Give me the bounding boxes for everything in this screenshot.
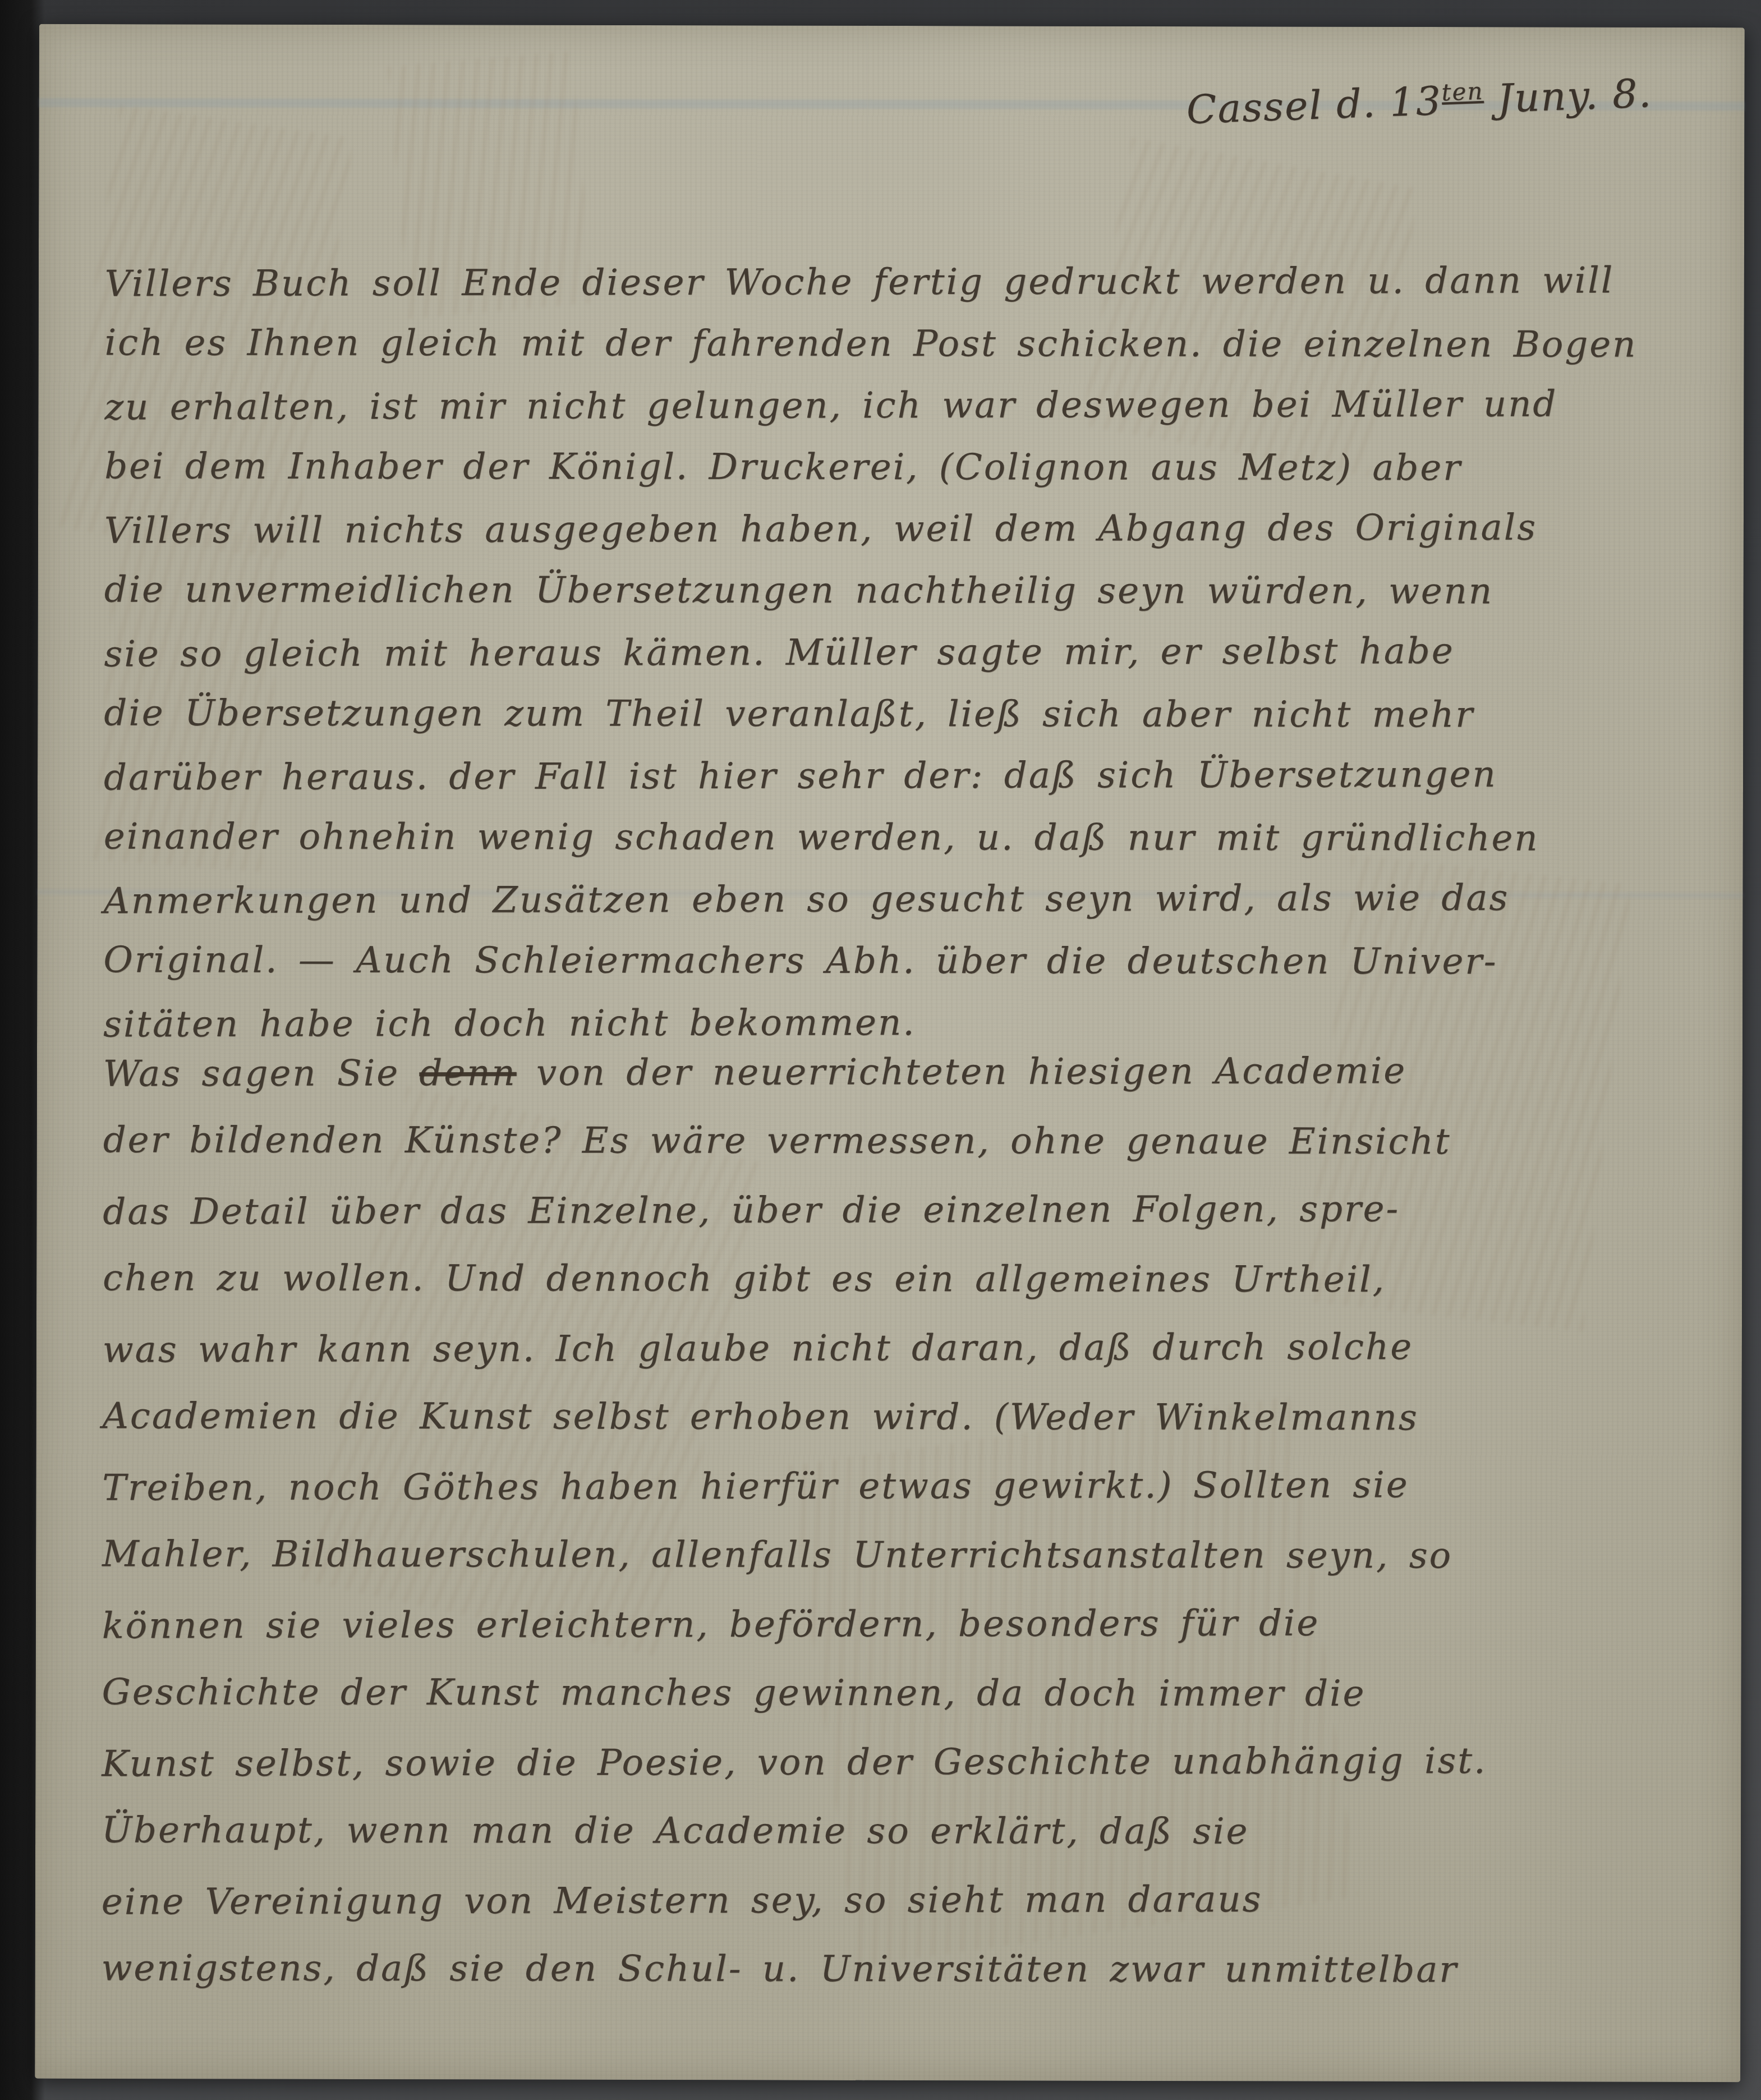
handwriting-line: sie so gleich mit heraus kämen. Müller s… [104, 630, 1731, 696]
letter-page: Cassel d. 13ten Juny. 8. Villers Buch so… [35, 24, 1745, 2082]
letter-paragraph-1: Villers Buch soll Ende dieser Woche fert… [103, 260, 1732, 1065]
handwriting-line: Anmerkungen und Zusätzen eben so gesucht… [103, 877, 1730, 943]
handwriting-line: Kunst selbst, sowie die Poesie, von der … [102, 1740, 1751, 1813]
handwriting-line: was wahr kann seyn. Ich glaube nicht dar… [103, 1326, 1752, 1399]
dateline-place-day: Cassel d. 13 [1185, 78, 1442, 133]
handwriting-line: der bildenden Künste? Es wäre vermessen,… [103, 1119, 1753, 1191]
handwriting-line: chen zu wollen. Und dennoch gibt es ein … [103, 1257, 1752, 1329]
handwriting-line: Original. — Auch Schleiermachers Abh. üb… [103, 939, 1730, 1003]
handwriting-line: ich es Ihnen gleich mit der fahrenden Po… [105, 322, 1732, 386]
scanner-background: Cassel d. 13ten Juny. 8. Villers Buch so… [0, 0, 1761, 2100]
handwriting-line: bei dem Inhaber der Königl. Druckerei, (… [104, 445, 1731, 509]
handwriting-line: darüber heraus. der Fall ist hier sehr d… [104, 753, 1731, 819]
handwriting-line: die unvermeidlichen Übersetzungen nachth… [104, 569, 1731, 633]
handwriting-line: können sie vieles erleichtern, befördern… [102, 1602, 1751, 1675]
dateline-ordinal: ten [1441, 77, 1484, 106]
handwriting-line: Villers will nichts ausgegeben haben, we… [104, 507, 1731, 572]
handwriting-line: das Detail über das Einzelne, über die e… [103, 1188, 1752, 1261]
letter-paragraph-2: Was sagen Sie denn von der neuerrichtete… [101, 1050, 1753, 2019]
handwriting-line: einander ohnehin wenig schaden werden, u… [104, 816, 1731, 880]
handwriting-line: Was sagen Sie denn von der neuerrichtete… [103, 1050, 1753, 1123]
handwriting-line: Academien die Kunst selbst erhoben wird.… [103, 1395, 1752, 1467]
dateline: Cassel d. 13ten Juny. 8. [1185, 70, 1653, 133]
handwriting-line: Mahler, Bildhauerschulen, allenfalls Unt… [102, 1533, 1751, 1605]
handwriting-line: Treiben, noch Göthes haben hierfür etwas… [102, 1464, 1751, 1537]
dateline-rest: Juny. 8. [1483, 70, 1653, 122]
handwriting-line: Überhaupt, wenn man die Academie so erkl… [102, 1809, 1751, 1881]
handwriting-line: wenigstens, daß sie den Schul- u. Univer… [101, 1947, 1750, 2019]
strikethrough-word: denn [419, 1053, 516, 1094]
handwriting-line: die Übersetzungen zum Theil veranlaßt, l… [104, 692, 1731, 756]
handwriting-line: Geschichte der Kunst manches gewinnen, d… [102, 1671, 1751, 1743]
handwriting-line: zu erhalten, ist mir nicht gelungen, ich… [104, 383, 1731, 449]
handwriting-line: Villers Buch soll Ende dieser Woche fert… [105, 260, 1732, 325]
handwriting-line: eine Vereinigung von Meistern sey, so si… [102, 1878, 1751, 1951]
line-text: Was sagen Sie [103, 1053, 420, 1095]
line-text: von der neuerrichteten hiesigen Academie [517, 1050, 1407, 1094]
